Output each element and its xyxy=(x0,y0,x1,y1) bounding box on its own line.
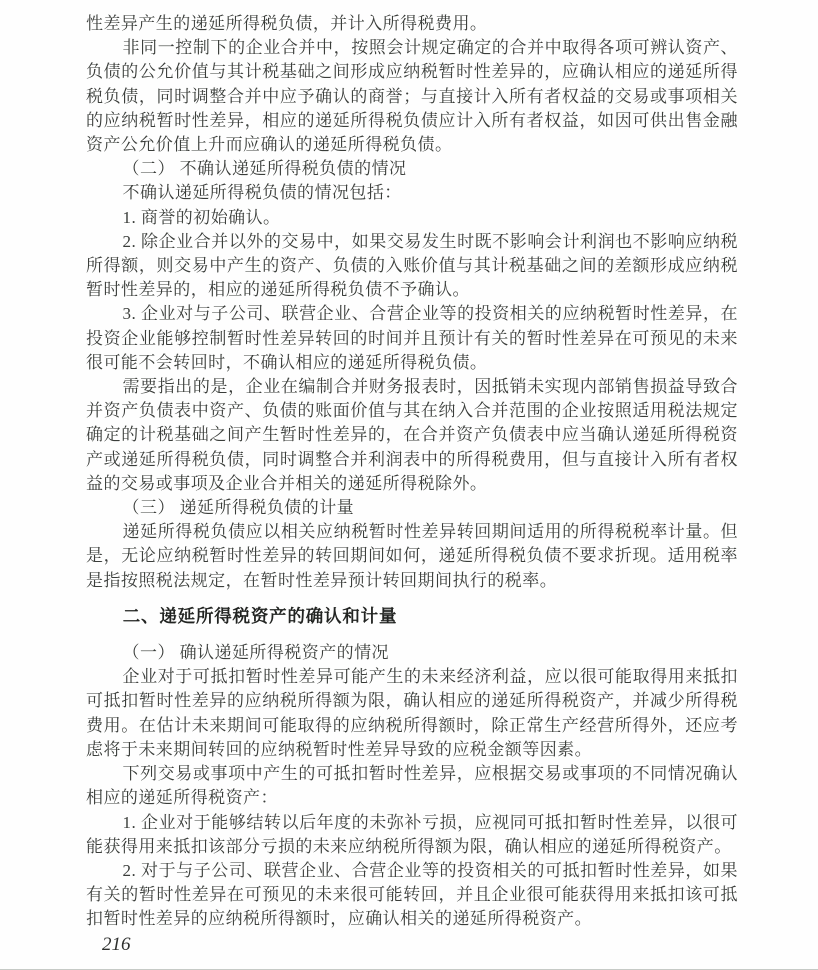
paragraph: 企业对于可抵扣暂时性差异可能产生的未来经济利益，应以很可能取得用来抵扣可抵扣暂时… xyxy=(86,665,738,762)
paragraph: 不确认递延所得税负债的情况包括： xyxy=(86,181,738,205)
subheading: （三） 递延所得税负债的计量 xyxy=(86,496,738,520)
paragraph: 递延所得税负债应以相关应纳税暂时性差异转回期间适用的所得税税率计量。但是，无论应… xyxy=(86,520,738,593)
list-item: 1. 企业对于能够结转以后年度的未弥补亏损，应视同可抵扣暂时性差异，以很可能获得… xyxy=(86,811,738,859)
page-number: 216 xyxy=(102,934,131,956)
subheading: （一） 确认递延所得税资产的情况 xyxy=(86,641,738,665)
paragraph: 下列交易或事项中产生的可抵扣暂时性差异，应根据交易或事项的不同情况确认相应的递延… xyxy=(86,762,738,810)
paragraph: 非同一控制下的企业合并中，按照会计规定确定的合并中取得各项可辨认资产、负债的公允… xyxy=(86,36,738,157)
paragraph-continuation: 性差异产生的递延所得税负债，并计入所得税费用。 xyxy=(86,12,738,36)
paragraph: 需要指出的是，企业在编制合并财务报表时，因抵销未实现内部销售损益导致合并资产负债… xyxy=(86,375,738,496)
subheading: （二） 不确认递延所得税负债的情况 xyxy=(86,157,738,181)
list-item: 1. 商誉的初始确认。 xyxy=(86,206,738,230)
book-page: 性差异产生的递延所得税负债，并计入所得税费用。非同一控制下的企业合并中，按照会计… xyxy=(0,0,818,970)
page-content: 性差异产生的递延所得税负债，并计入所得税费用。非同一控制下的企业合并中，按照会计… xyxy=(86,12,738,932)
list-item: 2. 除企业合并以外的交易中，如果交易发生时既不影响会计利润也不影响应纳税所得额… xyxy=(86,230,738,303)
list-item: 2. 对于与子公司、联营企业、合营企业等的投资相关的可抵扣暂时性差异，如果有关的… xyxy=(86,859,738,932)
list-item: 3. 企业对与子公司、联营企业、合营企业等的投资相关的应纳税暂时性差异，在投资企… xyxy=(86,302,738,375)
section-heading: 二、递延所得税资产的确认和计量 xyxy=(86,604,738,628)
